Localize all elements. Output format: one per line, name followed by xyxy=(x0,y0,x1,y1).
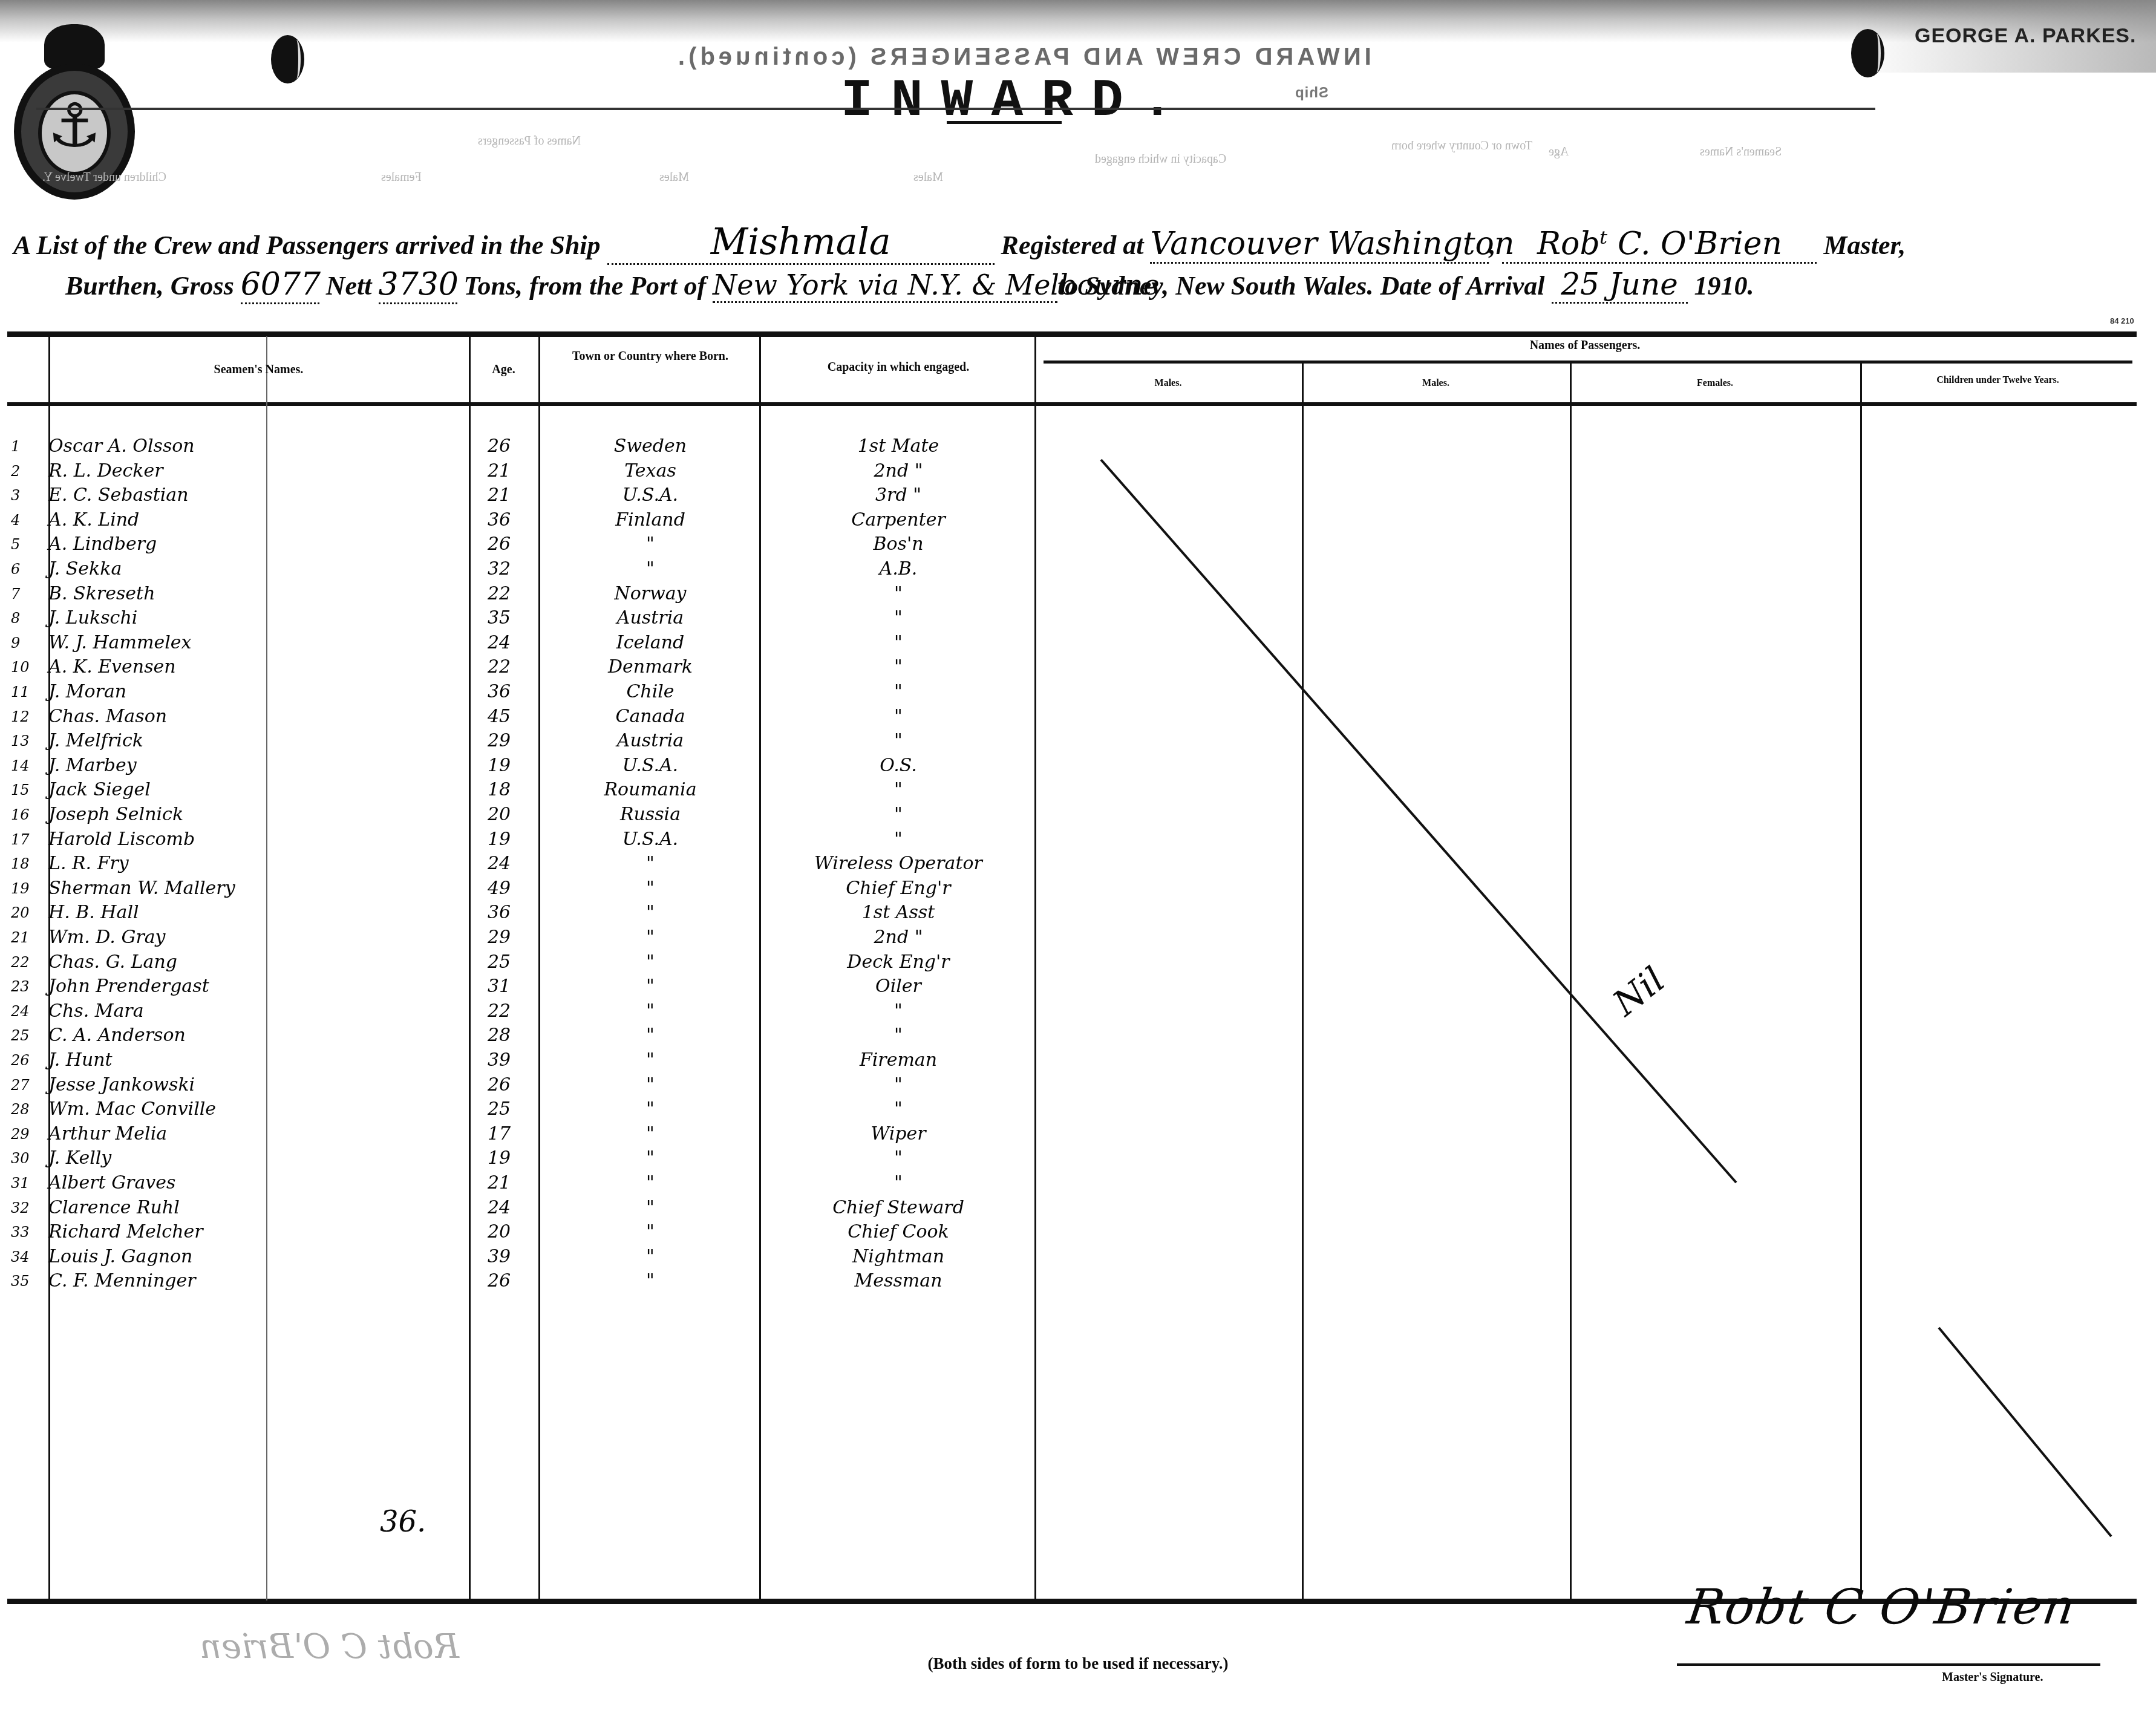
table-row: 34Louis J. Gagnon39"Nightman xyxy=(0,1245,1040,1269)
from-port-field: New York via N.Y. & Melbourne xyxy=(713,269,1057,303)
seaman-capacity: O.S. xyxy=(765,754,1031,778)
col-header-age: Age. xyxy=(469,363,538,377)
seaman-capacity: Chief Cook xyxy=(765,1220,1031,1244)
ghost-text: Town or Country where born xyxy=(1391,139,1532,153)
table-row: 32Clarence Ruhl24"Chief Steward xyxy=(0,1196,1040,1220)
ghost-text: Males xyxy=(659,171,689,184)
seaman-name: C. F. Menninger xyxy=(48,1269,196,1293)
signature-line xyxy=(1677,1663,2100,1666)
mirrored-title: INWARD CREW AND PASSENGERS (continued). xyxy=(675,44,1371,71)
seaman-age: 19 xyxy=(481,754,517,778)
ghost-text: Names of Passengers xyxy=(478,134,581,148)
table-row: 20H. B. Hall36"1st Asst xyxy=(0,901,1040,925)
seaman-name: Chas. G. Lang xyxy=(48,950,177,974)
burthen-label: Burthen, Gross xyxy=(65,271,234,301)
row-number: 35 xyxy=(11,1269,41,1293)
crew-total-annotation: 36. xyxy=(380,1505,426,1539)
seaman-capacity: " xyxy=(765,1171,1031,1195)
row-number: 21 xyxy=(11,925,41,950)
table-row: 29Arthur Melia17"Wiper xyxy=(0,1122,1040,1146)
row-number: 15 xyxy=(11,778,41,802)
seaman-age: 22 xyxy=(481,999,517,1023)
table-header-rule xyxy=(7,402,2137,406)
seaman-birthplace: " xyxy=(544,1097,756,1121)
row-number: 9 xyxy=(11,631,41,655)
gross-tons-field: 6077 xyxy=(241,266,319,304)
table-row: 4A. K. Lind36FinlandCarpenter xyxy=(0,508,1040,532)
row-number: 5 xyxy=(11,532,41,556)
table-row: 7B. Skreseth22Norway" xyxy=(0,582,1040,606)
seaman-name: J. Sekka xyxy=(48,557,122,581)
seaman-birthplace: " xyxy=(544,1048,756,1072)
scan-grime-band xyxy=(0,0,2156,42)
row-number: 3 xyxy=(11,483,41,507)
seaman-capacity: " xyxy=(765,1023,1031,1048)
arrival-year: 1910. xyxy=(1694,271,1754,301)
seaman-age: 45 xyxy=(481,705,517,729)
seaman-birthplace: Finland xyxy=(544,508,756,532)
seaman-birthplace: Austria xyxy=(544,606,756,630)
table-row: 14J. Marbey19U.S.A.O.S. xyxy=(0,754,1040,778)
table-row: 16Joseph Selnick20Russia" xyxy=(0,803,1040,827)
table-row: 12Chas. Mason45Canada" xyxy=(0,705,1040,729)
row-number: 6 xyxy=(11,557,41,581)
table-row: 28Wm. Mac Conville25"" xyxy=(0,1097,1040,1121)
ghost-text: Females xyxy=(381,171,422,184)
seaman-birthplace: " xyxy=(544,1073,756,1097)
seaman-name: Louis J. Gagnon xyxy=(48,1245,192,1269)
row-number: 30 xyxy=(11,1146,41,1170)
table-row: 21Wm. D. Gray29"2nd " xyxy=(0,925,1040,950)
seaman-birthplace: " xyxy=(544,974,756,999)
seaman-name: J. Melfrick xyxy=(48,729,143,753)
table-row: 15Jack Siegel18Roumania" xyxy=(0,778,1040,802)
seaman-birthplace: " xyxy=(544,557,756,581)
row-number: 26 xyxy=(11,1048,41,1072)
seaman-age: 19 xyxy=(481,827,517,852)
ghost-text: Males xyxy=(913,171,943,184)
seaman-capacity: " xyxy=(765,1097,1031,1121)
seaman-capacity: Chief Steward xyxy=(765,1196,1031,1220)
seaman-age: 36 xyxy=(481,680,517,704)
stationer-imprint: GEORGE A. PARKES. xyxy=(1915,24,2137,48)
seaman-name: J. Moran xyxy=(48,680,126,704)
seaman-birthplace: " xyxy=(544,1171,756,1195)
seaman-birthplace: " xyxy=(544,999,756,1023)
ghost-text: Children under Twelve Y. xyxy=(42,171,166,184)
table-row: 5A. Lindberg26"Bos'n xyxy=(0,532,1040,556)
seaman-capacity: Nightman xyxy=(765,1245,1031,1269)
seaman-age: 25 xyxy=(481,1097,517,1121)
registered-at-field: Vancouver Washington xyxy=(1150,226,1489,264)
row-number: 28 xyxy=(11,1097,41,1121)
seaman-age: 24 xyxy=(481,1196,517,1220)
table-row: 9W. J. Hammelex24Iceland" xyxy=(0,631,1040,655)
manifest-page: ⚓ INWARD CREW AND PASSENGERS (continued)… xyxy=(0,0,2156,1713)
seaman-birthplace: Iceland xyxy=(544,631,756,655)
seaman-name: L. R. Fry xyxy=(48,852,129,876)
signature-label: Master's Signature. xyxy=(1942,1671,2043,1685)
seaman-name: Chs. Mara xyxy=(48,999,144,1023)
row-number: 13 xyxy=(11,729,41,753)
table-row: 30J. Kelly19"" xyxy=(0,1146,1040,1170)
seaman-birthplace: Roumania xyxy=(544,778,756,802)
table-row: 19Sherman W. Mallery49"Chief Eng'r xyxy=(0,876,1040,901)
row-number: 11 xyxy=(11,680,41,704)
seaman-capacity: " xyxy=(765,705,1031,729)
seaman-name: Wm. D. Gray xyxy=(48,925,166,950)
seaman-capacity: 2nd " xyxy=(765,925,1031,950)
seaman-capacity: A.B. xyxy=(765,557,1031,581)
row-number: 4 xyxy=(11,508,41,532)
row-number: 17 xyxy=(11,827,41,852)
table-row: 27Jesse Jankowski26"" xyxy=(0,1073,1040,1097)
seaman-birthplace: " xyxy=(544,1269,756,1293)
master-label: Master, xyxy=(1823,230,1906,260)
seaman-age: 32 xyxy=(481,557,517,581)
seaman-name: Chas. Mason xyxy=(48,705,167,729)
seaman-birthplace: " xyxy=(544,1023,756,1048)
seaman-birthplace: " xyxy=(544,901,756,925)
seaman-name: Sherman W. Mallery xyxy=(48,876,235,901)
seaman-age: 21 xyxy=(481,459,517,483)
col-header-capacity: Capacity in which engaged. xyxy=(762,361,1034,374)
table-row: 17Harold Liscomb19U.S.A." xyxy=(0,827,1040,852)
seaman-birthplace: Austria xyxy=(544,729,756,753)
master-name-field: Robᵗ C. O'Brien xyxy=(1502,226,1817,264)
seaman-capacity: 1st Mate xyxy=(765,434,1031,458)
form-line-ship: A List of the Crew and Passengers arrive… xyxy=(13,221,1906,265)
table-row: 10A. K. Evensen22Denmark" xyxy=(0,655,1040,679)
seaman-capacity: Wiper xyxy=(765,1122,1031,1146)
seaman-name: J. Kelly xyxy=(48,1146,111,1170)
seaman-name: Clarence Ruhl xyxy=(48,1196,180,1220)
ghost-text: Seamen's Names xyxy=(1700,145,1782,159)
row-number: 31 xyxy=(11,1171,41,1195)
seaman-birthplace: U.S.A. xyxy=(544,483,756,507)
mirrored-ship-label: Ship xyxy=(1295,85,1328,102)
row-number: 32 xyxy=(11,1196,41,1220)
seaman-capacity: Wireless Operator xyxy=(765,852,1031,876)
row-number: 16 xyxy=(11,803,41,827)
seaman-name: Richard Melcher xyxy=(48,1220,203,1244)
seaman-birthplace: Norway xyxy=(544,582,756,606)
header-rule xyxy=(36,108,1875,110)
row-number: 14 xyxy=(11,754,41,778)
seaman-age: 35 xyxy=(481,606,517,630)
anchor-icon: ⚓ xyxy=(11,96,138,156)
ship-name-field: Mishmala xyxy=(607,221,995,265)
seaman-age: 36 xyxy=(481,508,517,532)
seaman-birthplace: U.S.A. xyxy=(544,754,756,778)
seaman-birthplace: U.S.A. xyxy=(544,827,756,852)
seaman-capacity: " xyxy=(765,606,1031,630)
seaman-name: Oscar A. Olsson xyxy=(48,434,195,458)
seaman-birthplace: " xyxy=(544,876,756,901)
col-header-males-1: Males. xyxy=(1034,378,1302,389)
seaman-name: J. Hunt xyxy=(48,1048,113,1072)
seaman-name: B. Skreseth xyxy=(48,582,155,606)
seaman-birthplace: " xyxy=(544,1146,756,1170)
table-row: 26J. Hunt39"Fireman xyxy=(0,1048,1040,1072)
passengers-nil-annotation: Nil xyxy=(1605,959,1672,1024)
seaman-capacity: 3rd " xyxy=(765,483,1031,507)
seaman-age: 28 xyxy=(481,1023,517,1048)
to-label: to Sydney, New South Wales. xyxy=(1057,271,1373,301)
table-row: 22Chas. G. Lang25"Deck Eng'r xyxy=(0,950,1040,974)
row-number: 18 xyxy=(11,852,41,876)
seaman-name: Harold Liscomb xyxy=(48,827,195,852)
row-number: 34 xyxy=(11,1245,41,1269)
seaman-birthplace: " xyxy=(544,532,756,556)
row-number: 33 xyxy=(11,1220,41,1244)
seaman-age: 22 xyxy=(481,655,517,679)
seaman-capacity: Carpenter xyxy=(765,508,1031,532)
row-number: 10 xyxy=(11,655,41,679)
row-number: 22 xyxy=(11,950,41,974)
table-row: 6J. Sekka32"A.B. xyxy=(0,557,1040,581)
seaman-birthplace: " xyxy=(544,950,756,974)
ghost-text: Capacity in which engaged xyxy=(1095,152,1226,166)
seaman-name: W. J. Hammelex xyxy=(48,631,191,655)
table-row: 33Richard Melcher20"Chief Cook xyxy=(0,1220,1040,1244)
passengers-group-rule xyxy=(1044,361,2132,364)
seaman-name: J. Marbey xyxy=(48,754,137,778)
punch-hole-right-icon xyxy=(1851,29,1884,77)
seaman-age: 20 xyxy=(481,1220,517,1244)
row-number: 23 xyxy=(11,974,41,999)
seaman-capacity: " xyxy=(765,999,1031,1023)
punch-hole-left-icon xyxy=(271,35,304,83)
table-row: 1Oscar A. Olsson26Sweden1st Mate xyxy=(0,434,1040,458)
seaman-name: John Prendergast xyxy=(48,974,209,999)
seaman-age: 26 xyxy=(481,1269,517,1293)
seaman-age: 49 xyxy=(481,876,517,901)
seaman-name: Albert Graves xyxy=(48,1171,175,1195)
row-number: 20 xyxy=(11,901,41,925)
seaman-name: Wm. Mac Conville xyxy=(48,1097,216,1121)
ghost-text: Age xyxy=(1549,145,1569,159)
seaman-name: C. A. Anderson xyxy=(48,1023,186,1048)
col-header-children: Children under Twelve Years. xyxy=(1860,375,2135,386)
seaman-name: Joseph Selnick xyxy=(48,803,183,827)
seaman-birthplace: " xyxy=(544,852,756,876)
row-number: 24 xyxy=(11,999,41,1023)
seaman-capacity: " xyxy=(765,729,1031,753)
col-header-born: Town or Country where Born. xyxy=(557,350,744,364)
seaman-capacity: " xyxy=(765,827,1031,852)
seaman-name: Jack Siegel xyxy=(48,778,151,802)
seaman-capacity: " xyxy=(765,803,1031,827)
seaman-capacity: Chief Eng'r xyxy=(765,876,1031,901)
seaman-age: 29 xyxy=(481,729,517,753)
seaman-age: 17 xyxy=(481,1122,517,1146)
seaman-age: 26 xyxy=(481,434,517,458)
arrival-day-month-field: 25 June xyxy=(1552,267,1688,304)
seaman-age: 26 xyxy=(481,1073,517,1097)
seaman-capacity: " xyxy=(765,655,1031,679)
table-row: 3E. C. Sebastian21U.S.A.3rd " xyxy=(0,483,1040,507)
seaman-age: 25 xyxy=(481,950,517,974)
seaman-capacity: " xyxy=(765,1146,1031,1170)
seaman-name: A. K. Lind xyxy=(48,508,139,532)
seaman-age: 24 xyxy=(481,852,517,876)
table-row: 25C. A. Anderson28"" xyxy=(0,1023,1040,1048)
row-number: 25 xyxy=(11,1023,41,1048)
table-row: 31Albert Graves21"" xyxy=(0,1171,1040,1195)
seaman-name: A. Lindberg xyxy=(48,532,157,556)
table-row: 24Chs. Mara22"" xyxy=(0,999,1040,1023)
col-header-males-2: Males. xyxy=(1302,378,1570,389)
nett-label: Nett xyxy=(326,271,372,301)
table-row: 13J. Melfrick29Austria" xyxy=(0,729,1040,753)
table-row: 8J. Lukschi35Austria" xyxy=(0,606,1040,630)
master-signature: Robt C O'Brien xyxy=(1684,1579,2079,1635)
table-row: 23John Prendergast31"Oiler xyxy=(0,974,1040,999)
seaman-name: H. B. Hall xyxy=(48,901,139,925)
seaman-age: 26 xyxy=(481,532,517,556)
row-number: 29 xyxy=(11,1122,41,1146)
seaman-capacity: 2nd " xyxy=(765,459,1031,483)
seaman-birthplace: " xyxy=(544,1245,756,1269)
registered-label: Registered at xyxy=(1001,230,1144,260)
nett-tons-field: 3730 xyxy=(379,266,457,304)
seaman-age: 19 xyxy=(481,1146,517,1170)
seaman-name: E. C. Sebastian xyxy=(48,483,189,507)
seaman-birthplace: " xyxy=(544,1220,756,1244)
table-row: 2R. L. Decker21Texas2nd " xyxy=(0,459,1040,483)
seaman-name: R. L. Decker xyxy=(48,459,163,483)
seaman-birthplace: " xyxy=(544,1122,756,1146)
seaman-capacity: Fireman xyxy=(765,1048,1031,1072)
seaman-capacity: Messman xyxy=(765,1269,1031,1293)
seaman-name: Arthur Melia xyxy=(48,1122,167,1146)
col-header-names: Seamen's Names. xyxy=(48,363,469,377)
row-number: 12 xyxy=(11,705,41,729)
seaman-age: 36 xyxy=(481,901,517,925)
seaman-age: 39 xyxy=(481,1048,517,1072)
col-divider xyxy=(1302,363,1304,1600)
col-divider xyxy=(1570,363,1572,1600)
arrival-label: Date of Arrival xyxy=(1380,271,1544,301)
seaman-name: J. Lukschi xyxy=(48,606,137,630)
seaman-age: 22 xyxy=(481,582,517,606)
col-header-females: Females. xyxy=(1570,378,1860,389)
seaman-capacity: " xyxy=(765,582,1031,606)
seaman-name: Jesse Jankowski xyxy=(48,1073,195,1097)
seaman-capacity: Bos'n xyxy=(765,532,1031,556)
seaman-name: A. K. Evensen xyxy=(48,655,176,679)
form-line-burthen: Burthen, Gross 6077 Nett 3730 Tons, from… xyxy=(65,266,1754,304)
seaman-age: 21 xyxy=(481,483,517,507)
row-number: 8 xyxy=(11,606,41,630)
seaman-birthplace: Canada xyxy=(544,705,756,729)
seaman-birthplace: Russia xyxy=(544,803,756,827)
seaman-age: 20 xyxy=(481,803,517,827)
ship-line-label: A List of the Crew and Passengers arrive… xyxy=(13,230,601,260)
row-number: 19 xyxy=(11,876,41,901)
row-number: 1 xyxy=(11,434,41,458)
tons-label: Tons, from the Port of xyxy=(464,271,707,301)
seaman-age: 18 xyxy=(481,778,517,802)
row-number: 7 xyxy=(11,582,41,606)
seaman-capacity: " xyxy=(765,631,1031,655)
row-number: 27 xyxy=(11,1073,41,1097)
seaman-age: 21 xyxy=(481,1171,517,1195)
seaman-age: 24 xyxy=(481,631,517,655)
seaman-birthplace: Chile xyxy=(544,680,756,704)
seaman-birthplace: " xyxy=(544,1196,756,1220)
row-number: 2 xyxy=(11,459,41,483)
seaman-birthplace: Denmark xyxy=(544,655,756,679)
seaman-capacity: " xyxy=(765,1073,1031,1097)
table-top-rule xyxy=(7,331,2137,337)
seaman-capacity: " xyxy=(765,778,1031,802)
table-row: 35C. F. Menninger26"Messman xyxy=(0,1269,1040,1293)
crown-icon xyxy=(44,24,105,70)
col-divider xyxy=(1860,361,1862,1600)
seaman-birthplace: " xyxy=(544,925,756,950)
seaman-capacity: Oiler xyxy=(765,974,1031,999)
table-row: 18L. R. Fry24"Wireless Operator xyxy=(0,852,1040,876)
form-code: 84 210 xyxy=(2110,316,2134,325)
seaman-birthplace: Texas xyxy=(544,459,756,483)
ornament-rule xyxy=(947,121,1062,124)
arrival-day: 25 xyxy=(1561,267,1599,302)
table-row: 11J. Moran36Chile" xyxy=(0,680,1040,704)
seaman-capacity: " xyxy=(765,680,1031,704)
seaman-capacity: 1st Asst xyxy=(765,901,1031,925)
seaman-capacity: Deck Eng'r xyxy=(765,950,1031,974)
col-header-passengers: Names of Passengers. xyxy=(1034,339,2135,353)
arrival-month: June xyxy=(1609,267,1678,302)
seaman-age: 31 xyxy=(481,974,517,999)
seaman-age: 29 xyxy=(481,925,517,950)
seaman-age: 39 xyxy=(481,1245,517,1269)
seaman-birthplace: Sweden xyxy=(544,434,756,458)
